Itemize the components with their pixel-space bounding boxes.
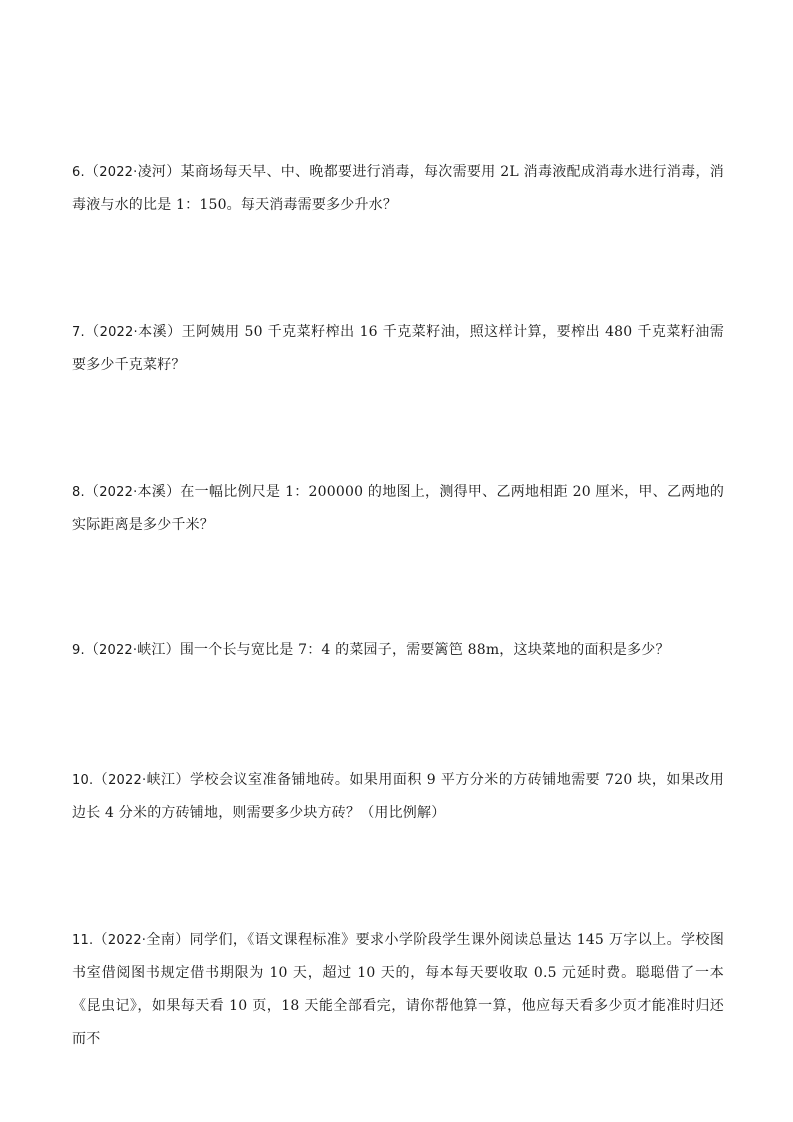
question-number: 8. (72, 485, 85, 500)
question-number: 6. (72, 165, 85, 180)
source-year: 2022· (99, 165, 137, 180)
source-close-paren: ） (166, 642, 180, 658)
question-text: 围一个长与宽比是 7：4 的菜园子，需要篱笆 88m，这块菜地的面积是多少？ (180, 642, 670, 658)
source-close-paren: ） (175, 932, 189, 948)
source-year: 2022· (100, 325, 138, 340)
source-open-paren: （ (85, 642, 99, 658)
source-year: 2022· (99, 485, 137, 500)
source-close-paren: ） (176, 772, 191, 788)
source-year: 2022· (108, 933, 146, 948)
source-place: 凌河 (137, 164, 166, 180)
source-close-paren: ） (167, 324, 182, 340)
source-open-paren: （ (85, 324, 100, 340)
source-open-paren: （ (85, 164, 99, 180)
question-6: 6.（2022·凌河）某商场每天早、中、晚都要进行消毒，每次需要用 2L 消毒液… (72, 156, 724, 222)
question-8: 8.（2022·本溪）在一幅比例尺是 1：200000 的地图上，测得甲、乙两地… (72, 476, 724, 542)
source-open-paren: （ (93, 772, 108, 788)
source-place: 本溪 (137, 484, 166, 500)
source-place: 峡江 (146, 772, 175, 788)
question-number: 11. (72, 933, 93, 948)
source-open-paren: （ (93, 932, 108, 948)
source-close-paren: ） (166, 164, 180, 180)
question-7: 7.（2022·本溪）王阿姨用 50 千克菜籽榨出 16 千克菜籽油，照这样计算… (72, 316, 724, 382)
question-text: 同学们，《语文课程标准》要求小学阶段学生课外阅读总量达 145 万字以上。学校图… (72, 932, 724, 1047)
source-place: 峡江 (137, 642, 165, 658)
question-11: 11.（2022·全南）同学们，《语文课程标准》要求小学阶段学生课外阅读总量达 … (72, 924, 724, 1056)
source-place: 全南 (146, 932, 175, 948)
source-year: 2022· (99, 643, 137, 658)
source-open-paren: （ (85, 484, 99, 500)
question-number: 9. (72, 643, 85, 658)
question-10: 10.（2022·峡江）学校会议室准备铺地砖。如果用面积 9 平方分米的方砖铺地… (72, 764, 724, 830)
source-year: 2022· (108, 773, 146, 788)
source-place: 本溪 (138, 324, 167, 340)
question-number: 10. (72, 773, 93, 788)
question-number: 7. (72, 325, 85, 340)
source-close-paren: ） (166, 484, 180, 500)
question-9: 9.（2022·峡江）围一个长与宽比是 7：4 的菜园子，需要篱笆 88m，这块… (72, 634, 724, 667)
document-page: 6.（2022·凌河）某商场每天早、中、晚都要进行消毒，每次需要用 2L 消毒液… (0, 0, 793, 1122)
